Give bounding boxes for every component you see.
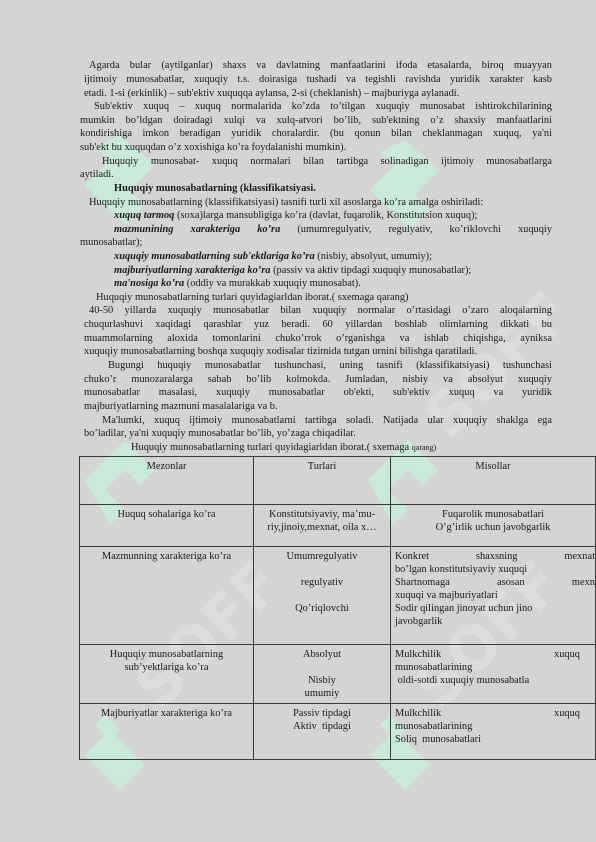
- classification-term: mazmunining xarakteriga ko’ra: [114, 224, 280, 235]
- table-cell-examples: Mulkchilik xuquqmunosabatlariningSoliq m…: [390, 704, 595, 760]
- classification-item: mazmunining xarakteriga ko’ra (umumregul…: [114, 223, 552, 236]
- classification-item: majburiyatlarning xarakteriga ko’ra (pas…: [114, 264, 471, 277]
- paragraph-line: Bugungi huquqiy munosabatlar tushunchasi…: [108, 359, 552, 372]
- paragraph-line: sub'ekt bu xuquqdan o’z xoxishiga ko’ra …: [80, 141, 346, 154]
- table-cell-examples: Mulkchilik xuquqmunosabatlarining oldi-s…: [390, 645, 595, 704]
- classification-term: xuquq tarmoq: [114, 210, 174, 221]
- classification-term: xuquqiy munosabatlarning sub'ektlariga k…: [114, 251, 315, 262]
- table-cell-criterion: Majburiyatlar xarakteriga ko’ra: [80, 704, 254, 760]
- table-cell-types: AbsolyutNisbiyumumiy: [254, 645, 391, 704]
- table-header: Mezonlar: [80, 457, 254, 505]
- paragraph-line: munosabatlar masalasi, xuquqiy munosabat…: [84, 386, 552, 399]
- classification-term: ma'nosiga ko’ra: [114, 278, 184, 289]
- classification-table: Mezonlar Turlari Misollar Huquq sohalari…: [79, 456, 596, 760]
- document-page: Agarda bular (aytilganlar) shaxs va davl…: [0, 0, 596, 842]
- table-cell-types: Passiv tipdagiAktiv tipdagi: [254, 704, 391, 760]
- paragraph-line: majburiyatlarning mazmuni masalalariga v…: [84, 400, 278, 413]
- paragraph-line: 40-50 yillarda xuquqiy munosabatlar bila…: [89, 304, 552, 317]
- classification-item-cont: munosabatlar);: [80, 236, 142, 249]
- table-cell-types: UmumregulyativregulyativQo’riqlovchi: [254, 547, 391, 645]
- paragraph-line: Sub'ektiv xuquq – xuquq normalarida ko’z…: [94, 100, 552, 113]
- classification-desc: (soxa)larga mansubligiga ko’ra (davlat, …: [174, 210, 477, 221]
- paragraph-line: Huquqiy munosabat- xuquq normalari bilan…: [102, 155, 552, 168]
- table-cell-criterion: Huquq sohalariga ko’ra: [80, 505, 254, 547]
- types-line: Huquqiy munosabatlarning turlari quyidag…: [96, 291, 409, 304]
- classification-desc: (passiv va aktiv tipdagi xuquqiy munosab…: [270, 265, 471, 276]
- table-row: Huquqiy munosabatlarningsub’yektlariga k…: [80, 645, 596, 704]
- classification-item: ma'nosiga ko’ra (oddiy va murakkab xuquq…: [114, 277, 361, 290]
- table-cell-criterion: Mazmunning xarakteriga ko’ra: [80, 547, 254, 645]
- table-cell-criterion: Huquqiy munosabatlarningsub’yektlariga k…: [80, 645, 254, 704]
- table-cell-examples: Fuqarolik munosabatlariO’g’irlik uchun j…: [390, 505, 595, 547]
- table-cell-examples: Konkret shaxsning mexnatbo’lgan konstitu…: [390, 547, 595, 645]
- paragraph-line: Ma'lumki, xuquq ijtimoiy munosabatlarni …: [102, 414, 552, 427]
- table-header: Turlari: [254, 457, 391, 505]
- classification-term: majburiyatlarning xarakteriga ko’ra: [114, 265, 270, 276]
- table-header: Misollar: [390, 457, 595, 505]
- paragraph-line: chuqurlashuvi xaqidagi qarashlar yuz ber…: [84, 318, 552, 331]
- classification-desc: (umumregulyativ, regulyativ, ko’riklovch…: [280, 224, 552, 235]
- classification-intro: Huquqiy munosabatlarning (klassifikatsiy…: [89, 196, 483, 209]
- classification-desc: (oddiy va murakkab xuquqiy munosabat).: [184, 278, 361, 289]
- paragraph-line: chuko’r munozaralarga sabab bo’lib kolmo…: [84, 373, 552, 386]
- section-heading: Huquqiy munosabatlarning (klassifikatsiy…: [114, 182, 316, 195]
- table-row: Mazmunning xarakteriga ko’ra Umumregulya…: [80, 547, 596, 645]
- paragraph-line: ijtimoiy munosabatlar, xuquqiy t.s. doir…: [84, 73, 552, 86]
- table-caption-text: Huquqiy munosabatlarning turlari quyidag…: [131, 442, 412, 453]
- paragraph-line: Agarda bular (aytilganlar) shaxs va davl…: [89, 59, 552, 72]
- classification-item: xuquq tarmoq (soxa)larga mansubligiga ko…: [114, 209, 477, 222]
- table-cell-types: Konstitutsiyaviy, ma’mu-riy,jinoiy,mexna…: [254, 505, 391, 547]
- paragraph-line: aytiladi.: [80, 168, 114, 181]
- paragraph-line: bo’ladilar, ya'ni xuquqiy munosabatlar b…: [84, 427, 356, 440]
- table-header-row: Mezonlar Turlari Misollar: [80, 457, 596, 505]
- paragraph-line: kondirishiga imkon beradigan yuridik cho…: [80, 127, 552, 140]
- classification-item: xuquqiy munosabatlarning sub'ektlariga k…: [114, 250, 432, 263]
- table-caption-small: qarang): [412, 443, 436, 452]
- classification-desc: (nisbiy, absolyut, umumiy);: [315, 251, 432, 262]
- paragraph-line: etadi. 1-si (erkinlik) – sub'ektiv xuquq…: [84, 87, 459, 100]
- paragraph-line: muammolarning aloxida tomonlarini chuko’…: [84, 332, 552, 345]
- table-row: Majburiyatlar xarakteriga ko’ra Passiv t…: [80, 704, 596, 760]
- paragraph-line: mumkin bo’ldgan doiradagi xulqi va xulq-…: [80, 114, 552, 127]
- table-caption: Huquqiy munosabatlarning turlari quyidag…: [131, 441, 436, 454]
- paragraph-line: xuquqiy munosabatlarning boshqa xuquqiy …: [84, 345, 477, 358]
- table-row: Huquq sohalariga ko’ra Konstitutsiyaviy,…: [80, 505, 596, 547]
